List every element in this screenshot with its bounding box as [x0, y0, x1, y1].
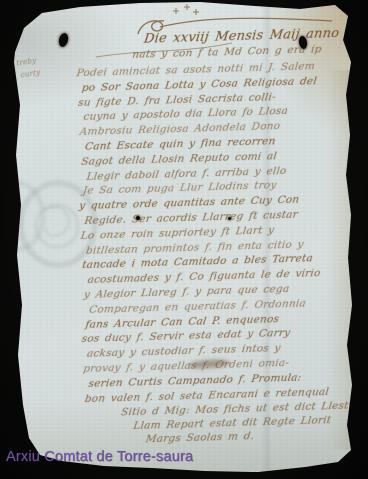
handwriting-line: Margs Saolas m d.: [145, 430, 255, 445]
handwriting-line: Lo onze roin supriortey ft Llart y: [80, 224, 275, 242]
manuscript-page: Die xxviij Mensis Maij anno dnats y con …: [0, 0, 368, 479]
handwriting-line: curty: [21, 68, 41, 79]
handwriting-block: Die xxviij Mensis Maij anno dnats y con …: [0, 0, 368, 479]
handwriting-line: Die xxviij Mensis Maij anno d: [143, 26, 355, 47]
ink-burn-dot: [136, 216, 140, 220]
scan-background: Die xxviij Mensis Maij anno dnats y con …: [0, 0, 368, 479]
handwriting-line: treby: [16, 56, 36, 67]
ink-burn-dot: [228, 217, 231, 220]
archive-watermark-text: Arxiu Comtat de Torre-saura: [6, 449, 193, 465]
